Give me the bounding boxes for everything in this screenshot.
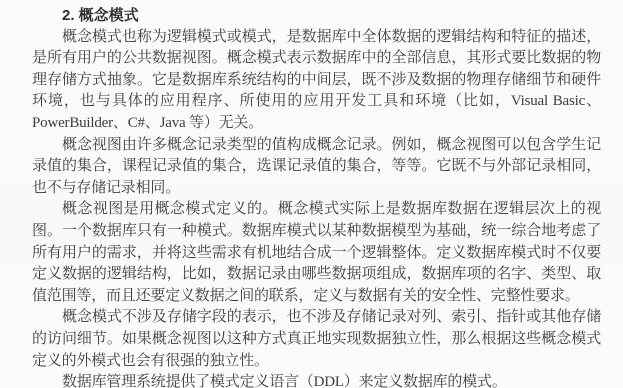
document-page: 2. 概念模式 概念模式也称为逻辑模式或模式，是数据库中全体数据的逻辑结构和特征…: [0, 0, 623, 388]
paragraph-2: 概念视图由许多概念记录类型的值构成概念记录。例如，概念视图可以包含学生记录值的集…: [32, 135, 601, 200]
section-heading: 2. 概念模式: [32, 5, 601, 27]
paragraph-3: 概念视图是用概念模式定义的。概念模式实际上是数据库数据在逻辑层次上的视图。一个数…: [32, 199, 601, 307]
paragraph-4: 概念模式不涉及存储字段的表示，也不涉及存储记录对列、索引、指针或其他存储的访问细…: [32, 307, 601, 372]
paragraph-5: 数据库管理系统提供了模式定义语言（DDL）来定义数据库的模式。: [32, 372, 601, 388]
paragraph-1: 概念模式也称为逻辑模式或模式，是数据库中全体数据的逻辑结构和特征的描述，是所有用…: [32, 27, 601, 135]
